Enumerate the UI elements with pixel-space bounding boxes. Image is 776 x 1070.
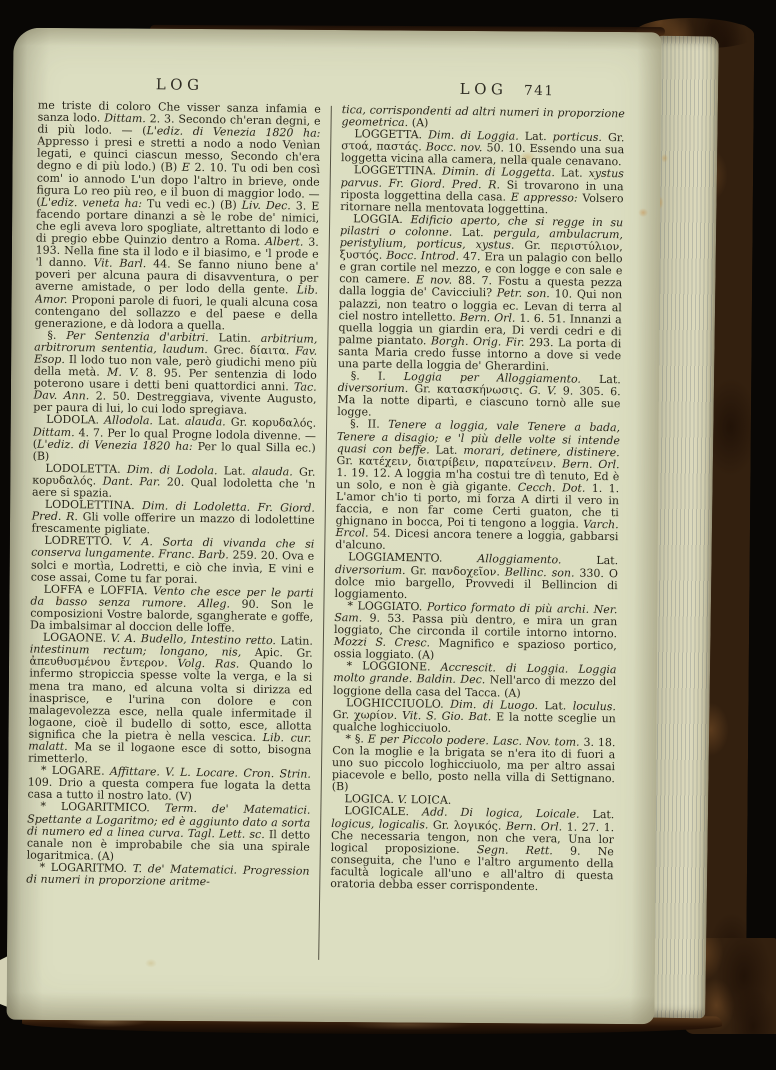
running-head-left: LOG [38, 74, 321, 96]
dictionary-paragraph: LOGAONE. V. A. Budello, Intestino retto.… [28, 632, 313, 769]
page-content: LOG LOG 741 me triste di coloro Che viss… [7, 28, 662, 1024]
dictionary-paragraph: §. II. Tenere a loggia, vale Tenere a ba… [335, 418, 620, 555]
dictionary-paragraph: LODRETTO. V. A. Sorta di vivanda che si … [31, 535, 315, 588]
book-page: LOG LOG 741 me triste di coloro Che viss… [7, 28, 662, 1024]
dictionary-paragraph: LOFFA e LOFFIA. Vento che esce per le pa… [30, 583, 314, 636]
text-run: Proponi parole di fuori, le quali alcuna… [34, 293, 318, 333]
dictionary-paragraph: LOGICALE. Add. Di logica, Loicale. Lat. … [330, 805, 614, 894]
page-number: 741 [524, 83, 555, 99]
paper-stain [661, 154, 668, 163]
dictionary-paragraph: LODOLETTA. Dim. di Lodola. Lat. alauda. … [32, 462, 316, 502]
text-column-left: me triste di coloro Che visser sanza inf… [25, 100, 321, 968]
text-run: Ma se il logaone esce di sotto, bisogna … [28, 740, 311, 765]
running-head-right: LOG [342, 78, 625, 100]
dictionary-paragraph: LODOLA. Allodola. Lat. alauda. Gr. κορυδ… [33, 414, 317, 467]
dictionary-paragraph: LOGGETTINA. Dimin. di Loggetta. Lat. xys… [340, 165, 624, 218]
dictionary-paragraph: * LOGARITMICO. Term. de' Matematici. Spe… [27, 801, 311, 866]
text-run: L'ediz. di Venezia 1820 ha: [37, 437, 193, 452]
dictionary-paragraph: §. Per Sentenzia d'arbitri. Latin. arbit… [33, 329, 317, 418]
book-scan: LOG LOG 741 me triste di coloro Che viss… [0, 0, 776, 1070]
text-run: 54. Dicesi ancora tenere a loggia, gabba… [335, 527, 618, 552]
dictionary-paragraph: me triste di coloro Che visser sanza inf… [34, 100, 320, 334]
dictionary-paragraph: * LOGARITMO. T. de' Matematici. Progress… [26, 861, 309, 889]
dictionary-paragraph: §. I. Loggia per Alloggiamento. Lat. div… [337, 370, 621, 423]
dictionary-paragraph: LOGHICCIUOLO. Dim. di Luogo. Lat. loculu… [333, 697, 617, 737]
text-columns: me triste di coloro Che visser sanza inf… [25, 100, 626, 973]
text-run: tica, corrispondenti ad altri numeri in … [342, 103, 625, 129]
dictionary-paragraph: LODOLETTINA. Dim. di Lodoletta. Fr. Gior… [31, 499, 315, 539]
text-column-right: tica, corrispondenti ad altri numeri in … [329, 104, 625, 972]
dictionary-paragraph: * §. E per Piccolo podere. Lasc. Nov. to… [332, 733, 616, 798]
dictionary-paragraph: * LOGARE. Affittare. V. L. Locare. Cron.… [27, 765, 311, 805]
dictionary-paragraph: LOGGIAMENTO. Alloggiamento. Lat. diverso… [335, 551, 619, 604]
dictionary-paragraph: * LOGGIATO. Portico formato di più archi… [334, 600, 618, 665]
dictionary-paragraph: LOGGETTA. Dim. di Loggia. Lat. porticus.… [341, 128, 625, 168]
dictionary-paragraph: * LOGGIONE. Accrescit. di Loggia. Loggia… [333, 660, 617, 700]
dictionary-paragraph: LOGGIA. Edificio aperto, che si regge in… [338, 213, 623, 374]
column-divider [318, 106, 332, 960]
text-run: 109. Drio a questa compera fue logata la… [27, 776, 310, 804]
running-head: LOG LOG 741 [16, 73, 661, 103]
